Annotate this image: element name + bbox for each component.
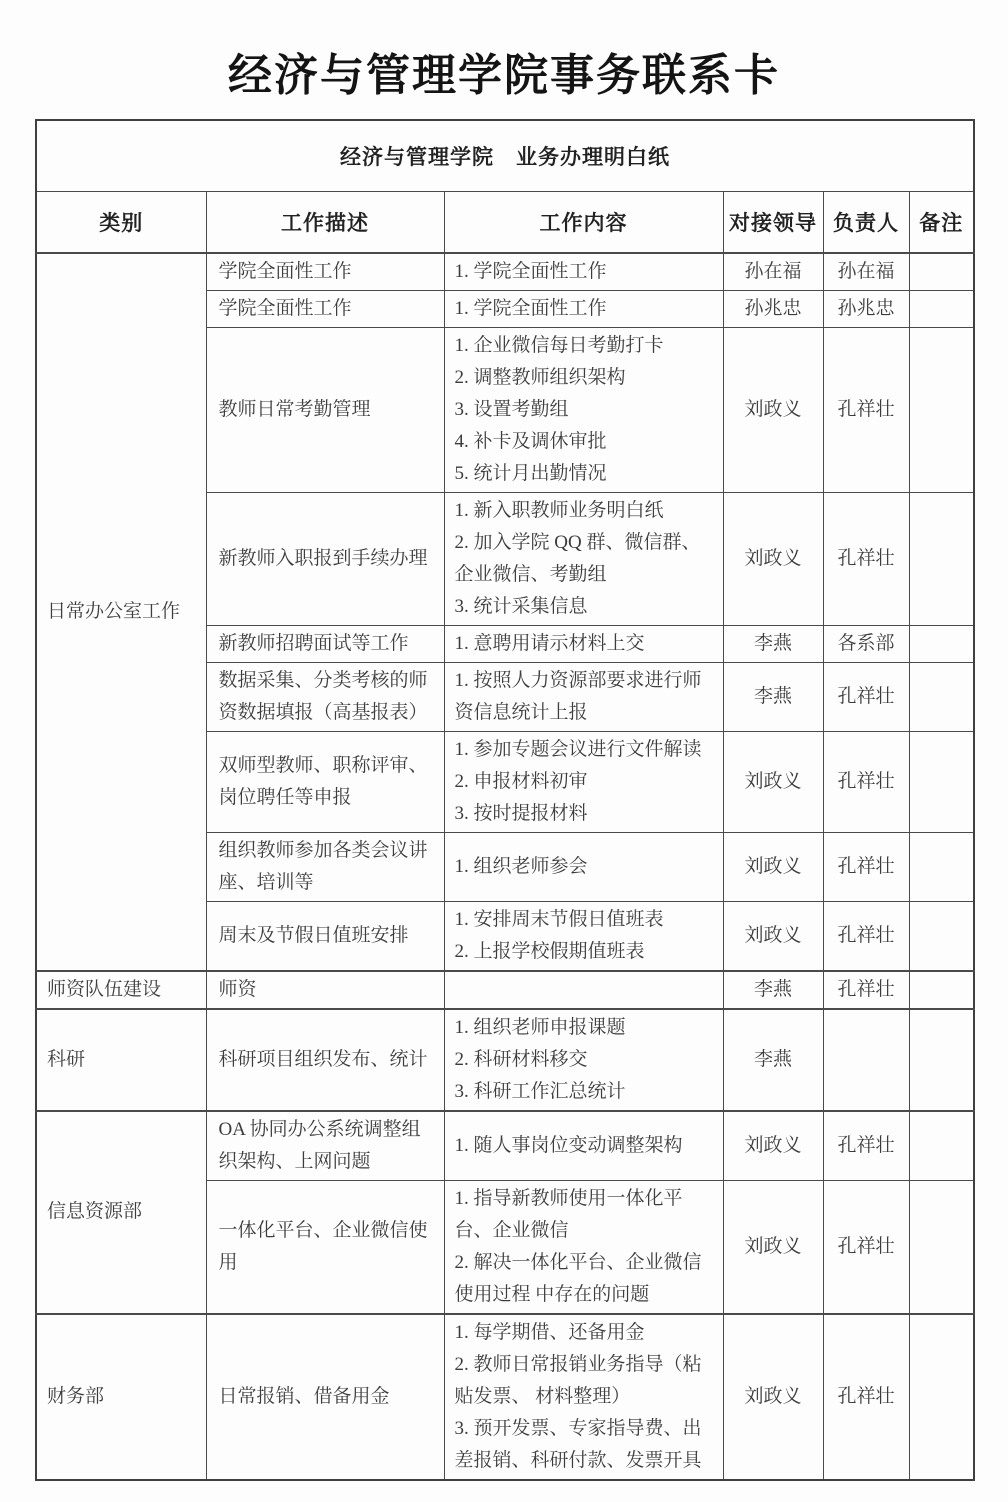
remarks-cell [909,832,974,901]
contact-leader-cell: 刘政义 [723,1111,823,1181]
person-in-charge-cell: 孔祥壮 [823,1111,909,1181]
content-line: 3. 设置考勤组 [455,394,715,426]
work-content-cell [444,971,723,1009]
contact-leader-cell: 刘政义 [723,901,823,971]
contact-leader-cell: 刘政义 [723,731,823,832]
contact-leader-cell: 刘政义 [723,832,823,901]
category-cell: 信息资源部 [36,1111,206,1314]
content-line: 1. 企业微信每日考勤打卡 [455,330,715,362]
contact-leader-cell: 刘政义 [723,1314,823,1480]
person-in-charge-cell: 孔祥壮 [823,1314,909,1480]
work-description-cell: 组织教师参加各类会议讲座、培训等 [206,832,444,901]
content-line: 3. 预开发票、专家指导费、出差报销、科研付款、发票开具 [455,1413,715,1477]
work-content-cell: 1. 随人事岗位变动调整架构 [444,1111,723,1181]
category-cell: 日常办公室工作 [36,253,206,971]
work-description-cell: OA 协同办公系统调整组织架构、上网问题 [206,1111,444,1181]
content-line: 1. 组织老师参会 [455,851,715,883]
work-content-cell: 1. 组织老师参会 [444,832,723,901]
work-content-cell: 1. 企业微信每日考勤打卡2. 调整教师组织架构3. 设置考勤组4. 补卡及调休… [444,327,723,492]
contact-leader-cell: 李燕 [723,971,823,1009]
remarks-cell [909,290,974,327]
table-header-row: 类别工作描述工作内容对接领导负责人备注 [36,191,974,253]
content-line: 1. 随人事岗位变动调整架构 [455,1130,715,1162]
person-in-charge-cell: 孔祥壮 [823,832,909,901]
work-content-cell: 1. 按照人力资源部要求进行师资信息统计上报 [444,662,723,731]
work-description-cell: 日常报销、借备用金 [206,1314,444,1480]
table-row: 科研科研项目组织发布、统计1. 组织老师申报课题2. 科研材料移交3. 科研工作… [36,1009,974,1111]
work-description-cell: 双师型教师、职称评审、岗位聘任等申报 [206,731,444,832]
table-row: 信息资源部OA 协同办公系统调整组织架构、上网问题1. 随人事岗位变动调整架构刘… [36,1111,974,1181]
work-content-cell: 1. 组织老师申报课题2. 科研材料移交3. 科研工作汇总统计 [444,1009,723,1111]
work-description-cell: 科研项目组织发布、统计 [206,1009,444,1111]
content-line: 2. 科研材料移交 [455,1044,715,1076]
person-in-charge-cell: 孔祥壮 [823,901,909,971]
content-line: 1. 按照人力资源部要求进行师资信息统计上报 [455,665,715,729]
contact-leader-cell: 孙兆忠 [723,290,823,327]
person-in-charge-cell: 孙兆忠 [823,290,909,327]
content-line: 1. 意聘用请示材料上交 [455,628,715,660]
person-in-charge-cell: 孔祥壮 [823,492,909,625]
content-line: 1. 组织老师申报课题 [455,1012,715,1044]
table-subtitle-row: 经济与管理学院 业务办理明白纸 [36,120,974,192]
content-line: 2. 上报学校假期值班表 [455,936,715,968]
person-in-charge-cell: 孔祥壮 [823,731,909,832]
content-line: 2. 调整教师组织架构 [455,362,715,394]
work-content-cell: 1. 学院全面性工作 [444,253,723,291]
remarks-cell [909,971,974,1009]
content-line: 5. 统计月出勤情况 [455,458,715,490]
remarks-cell [909,625,974,662]
work-content-cell: 1. 参加专题会议进行文件解读2. 申报材料初审3. 按时提报材料 [444,731,723,832]
content-line: 2. 解决一体化平台、企业微信使用过程 中存在的问题 [455,1247,715,1311]
content-line: 1. 新入职教师业务明白纸 [455,495,715,527]
remarks-cell [909,901,974,971]
remarks-cell [909,492,974,625]
work-description-cell: 学院全面性工作 [206,253,444,291]
work-content-cell: 1. 每学期借、还备用金2. 教师日常报销业务指导（粘贴发票、 材料整理）3. … [444,1314,723,1480]
table-row: 日常办公室工作学院全面性工作1. 学院全面性工作孙在福孙在福 [36,253,974,291]
content-line: 4. 补卡及调休审批 [455,426,715,458]
remarks-cell [909,662,974,731]
remarks-cell [909,731,974,832]
work-description-cell: 一体化平台、企业微信使用 [206,1180,444,1314]
column-header: 工作描述 [206,191,444,253]
person-in-charge-cell: 孔祥壮 [823,662,909,731]
work-content-cell: 1. 意聘用请示材料上交 [444,625,723,662]
contact-leader-cell: 刘政义 [723,1180,823,1314]
content-line: 3. 统计采集信息 [455,591,715,623]
work-description-cell: 周末及节假日值班安排 [206,901,444,971]
content-line: 2. 申报材料初审 [455,766,715,798]
contact-leader-cell: 李燕 [723,662,823,731]
work-content-cell: 1. 学院全面性工作 [444,290,723,327]
person-in-charge-cell: 孔祥壮 [823,1180,909,1314]
content-line: 2. 加入学院 QQ 群、微信群、企业微信、考勤组 [455,527,715,591]
page-title: 经济与管理学院事务联系卡 [35,50,973,103]
table-row: 师资队伍建设师资李燕孔祥壮 [36,971,974,1009]
content-line: 3. 按时提报材料 [455,798,715,830]
person-in-charge-cell [823,1009,909,1111]
column-header: 对接领导 [723,191,823,253]
remarks-cell [909,327,974,492]
contact-leader-cell: 李燕 [723,625,823,662]
work-description-cell: 师资 [206,971,444,1009]
column-header: 负责人 [823,191,909,253]
column-header: 类别 [36,191,206,253]
person-in-charge-cell: 孔祥壮 [823,327,909,492]
contact-leader-cell: 刘政义 [723,492,823,625]
work-description-cell: 新教师招聘面试等工作 [206,625,444,662]
work-description-cell: 数据采集、分类考核的师资数据填报（高基报表） [206,662,444,731]
work-content-cell: 1. 新入职教师业务明白纸2. 加入学院 QQ 群、微信群、企业微信、考勤组3.… [444,492,723,625]
work-description-cell: 新教师入职报到手续办理 [206,492,444,625]
category-cell: 师资队伍建设 [36,971,206,1009]
column-header: 备注 [909,191,974,253]
content-line: 1. 指导新教师使用一体化平台、企业微信 [455,1183,715,1247]
category-cell: 科研 [36,1009,206,1111]
category-cell: 财务部 [36,1314,206,1480]
content-line: 2. 教师日常报销业务指导（粘贴发票、 材料整理） [455,1349,715,1413]
remarks-cell [909,1111,974,1181]
remarks-cell [909,1180,974,1314]
contact-leader-cell: 李燕 [723,1009,823,1111]
content-line: 1. 安排周末节假日值班表 [455,904,715,936]
remarks-cell [909,1314,974,1480]
person-in-charge-cell: 孙在福 [823,253,909,291]
work-content-cell: 1. 安排周末节假日值班表2. 上报学校假期值班表 [444,901,723,971]
contact-leader-cell: 孙在福 [723,253,823,291]
content-line: 1. 参加专题会议进行文件解读 [455,734,715,766]
person-in-charge-cell: 孔祥壮 [823,971,909,1009]
content-line: 1. 学院全面性工作 [455,256,715,288]
content-line: 3. 科研工作汇总统计 [455,1076,715,1108]
content-line: 1. 每学期借、还备用金 [455,1317,715,1349]
work-content-cell: 1. 指导新教师使用一体化平台、企业微信2. 解决一体化平台、企业微信使用过程 … [444,1180,723,1314]
document-page: 经济与管理学院事务联系卡 经济与管理学院 业务办理明白纸 类别工作描述工作内容对… [35,0,973,1481]
column-header: 工作内容 [444,191,723,253]
table-subtitle: 经济与管理学院 业务办理明白纸 [36,120,974,192]
work-description-cell: 学院全面性工作 [206,290,444,327]
table-row: 财务部日常报销、借备用金1. 每学期借、还备用金2. 教师日常报销业务指导（粘贴… [36,1314,974,1480]
contact-leader-cell: 刘政义 [723,327,823,492]
content-line: 1. 学院全面性工作 [455,293,715,325]
remarks-cell [909,253,974,291]
remarks-cell [909,1009,974,1111]
affairs-contact-table: 经济与管理学院 业务办理明白纸 类别工作描述工作内容对接领导负责人备注 日常办公… [35,119,975,1481]
work-description-cell: 教师日常考勤管理 [206,327,444,492]
person-in-charge-cell: 各系部 [823,625,909,662]
